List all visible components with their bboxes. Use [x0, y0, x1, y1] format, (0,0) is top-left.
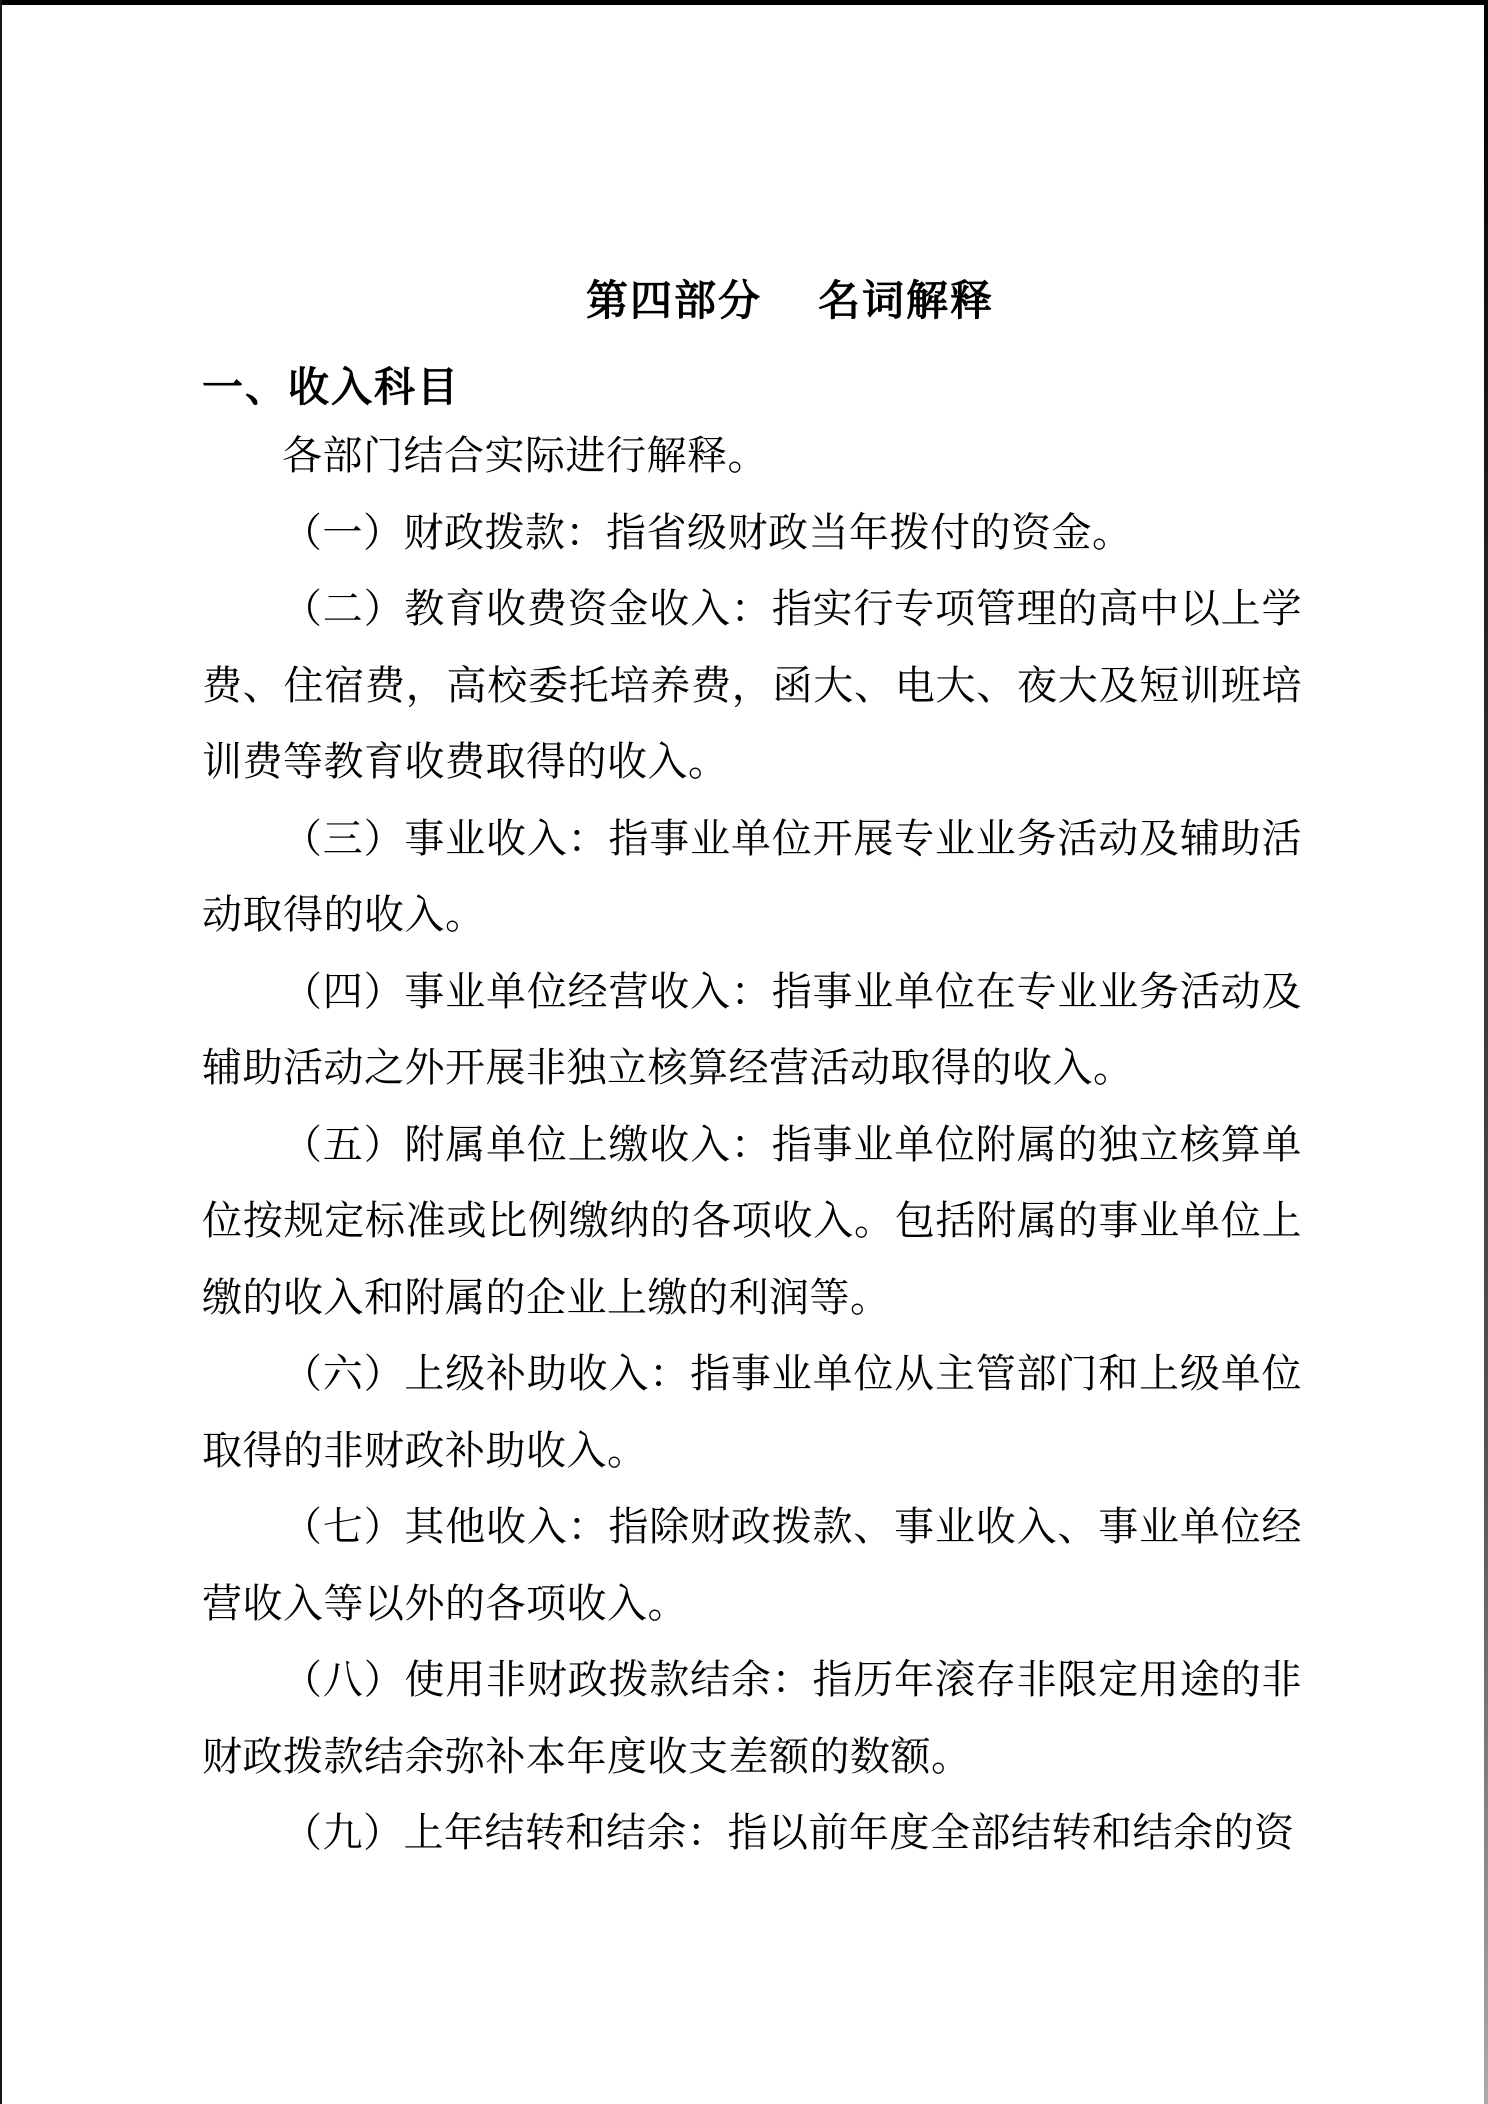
paragraph-item-1: （一）财政拨款：指省级财政当年拨付的资金。: [202, 495, 1302, 572]
paragraph-intro: 各部门结合实际进行解释。: [202, 418, 1302, 495]
paragraph-item-5: （五）附属单位上缴收入：指事业单位附属的独立核算单位按规定标准或比例缴纳的各项收…: [202, 1107, 1302, 1337]
paragraph-item-6: （六）上级补助收入：指事业单位从主管部门和上级单位取得的非财政补助收入。: [202, 1336, 1302, 1489]
body-text: 各部门结合实际进行解释。 （一）财政拨款：指省级财政当年拨付的资金。 （二）教育…: [202, 418, 1302, 1872]
text-block: 第四部分名词解释 一、收入科目 各部门结合实际进行解释。 （一）财政拨款：指省级…: [202, 0, 1302, 1872]
scan-edge-left: [0, 0, 2, 2104]
section-heading: 一、收入科目: [202, 364, 1302, 410]
scan-edge-right: [1484, 0, 1488, 2104]
paragraph-item-8: （八）使用非财政拨款结余：指历年滚存非限定用途的非财政拨款结余弥补本年度收支差额…: [202, 1642, 1302, 1795]
paragraph-item-9: （九）上年结转和结余：指以前年度全部结转和结余的资: [202, 1795, 1302, 1872]
paragraph-item-2: （二）教育收费资金收入：指实行专项管理的高中以上学费、住宿费，高校委托培养费，函…: [202, 571, 1302, 801]
paragraph-item-3: （三）事业收入：指事业单位开展专业业务活动及辅助活动取得的收入。: [202, 801, 1302, 954]
paragraph-item-7: （七）其他收入：指除财政拨款、事业收入、事业单位经营收入等以外的各项收入。: [202, 1489, 1302, 1642]
document-title-part: 第四部分: [586, 277, 762, 324]
document-title-name: 名词解释: [818, 277, 994, 324]
paragraph-item-4: （四）事业单位经营收入：指事业单位在专业业务活动及辅助活动之外开展非独立核算经营…: [202, 954, 1302, 1107]
document-page: 第四部分名词解释 一、收入科目 各部门结合实际进行解释。 （一）财政拨款：指省级…: [0, 0, 1488, 2104]
document-title: 第四部分名词解释: [240, 278, 1340, 324]
